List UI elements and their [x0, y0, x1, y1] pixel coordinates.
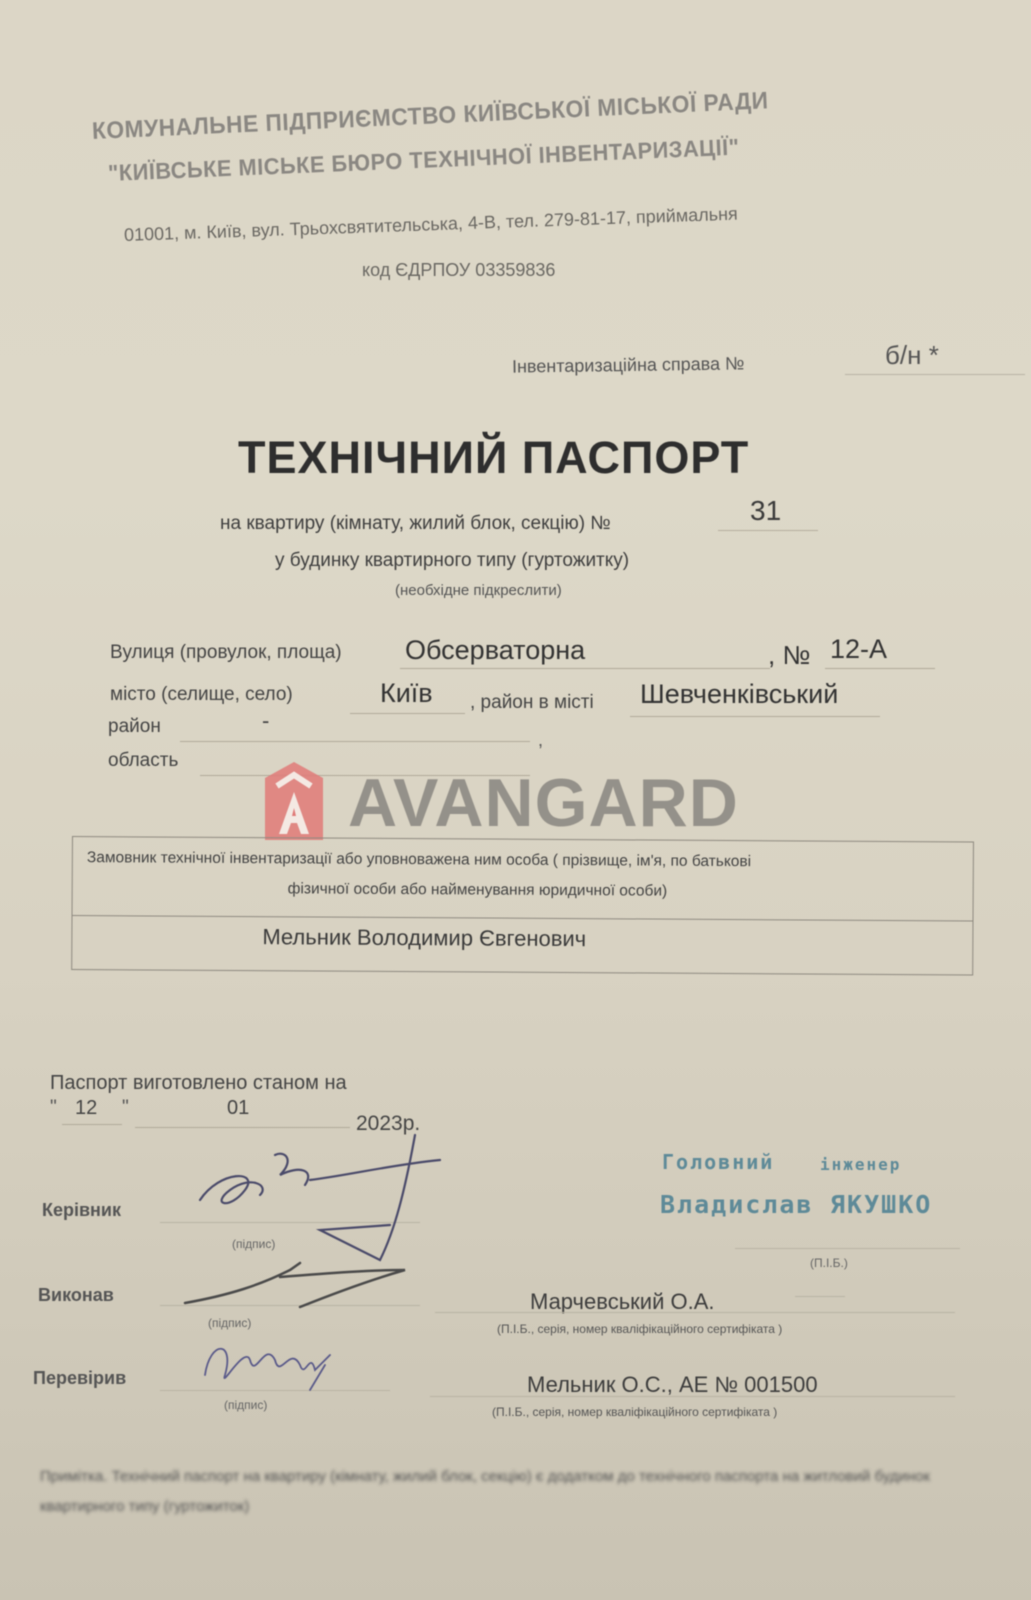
executor-name-underline	[435, 1312, 955, 1313]
edrpou-code: код ЄДРПОУ 03359836	[362, 260, 555, 281]
customer-label-line1: Замовник технічної інвентаризації або уп…	[87, 849, 751, 871]
subtitle-building-type: у будинку квартирного типу (гуртожитку)	[275, 550, 629, 572]
prepared-quote-close: "	[122, 1097, 129, 1119]
footnote: Примітка. Технічний паспорт на квартиру …	[40, 1462, 970, 1522]
document-page: КОМУНАЛЬНЕ ПІДПРИЄМСТВО КИЇВСЬКОЇ МІСЬКО…	[0, 0, 1031, 1600]
organization-name-line2: "КИЇВСЬКЕ МІСЬКЕ БЮРО ТЕХНІЧНОЇ ІНВЕНТАР…	[107, 134, 740, 187]
street-value: Обсерваторна	[405, 635, 585, 666]
house-number-label: , №	[768, 640, 810, 671]
checker-signature-icon	[195, 1330, 345, 1405]
city-value: Київ	[380, 678, 433, 709]
stamp-title-2: інженер	[820, 1155, 901, 1174]
executor-label: Виконав	[38, 1285, 114, 1306]
prepared-day: 12	[75, 1097, 97, 1120]
executor-name-dash	[795, 1296, 845, 1297]
customer-label-line2: фізичної особи або найменування юридично…	[288, 880, 668, 900]
inventory-case-label: Інвентаризаційна справа №	[512, 353, 745, 377]
prepared-quote-open: "	[50, 1097, 57, 1119]
head-signature-icon	[190, 1130, 450, 1270]
city-district-value: Шевченківський	[640, 679, 838, 710]
prepared-day-underline	[62, 1124, 122, 1125]
district-value: -	[262, 708, 269, 734]
city-district-underline	[630, 716, 880, 717]
checker-name-underline	[430, 1396, 955, 1397]
document-title: ТЕХНІЧНИЙ ПАСПОРТ	[238, 432, 749, 484]
apartment-number: 31	[750, 495, 781, 527]
stamp-name-2: ЯКУШКО	[830, 1190, 932, 1219]
city-label: місто (селище, село)	[110, 684, 293, 706]
checker-caption: (П.І.Б., серія, номер кваліфікаційного с…	[492, 1405, 777, 1419]
avangard-logo-icon	[263, 760, 325, 842]
inventory-case-value: б/н *	[885, 340, 939, 371]
prepared-label: Паспорт виготовлено станом на	[50, 1072, 347, 1095]
pib-hint: (П.І.Б.)	[810, 1256, 848, 1270]
district-label: район	[108, 716, 161, 738]
region-label: область	[108, 750, 178, 772]
customer-name: Мельник Володимир Євгенович	[262, 924, 586, 952]
prepared-month-underline	[135, 1127, 350, 1128]
city-underline	[350, 713, 465, 714]
stamp-name-1: Владислав	[660, 1190, 813, 1219]
city-district-label: , район в місті	[470, 692, 594, 714]
inventory-case-underline	[845, 374, 1025, 375]
customer-box: Замовник технічної інвентаризації або уп…	[71, 836, 974, 976]
district-comma: ,	[538, 730, 543, 751]
head-label: Керівник	[42, 1200, 121, 1221]
checker-name: Мельник О.С., АЕ № 001500	[527, 1372, 818, 1398]
house-number-underline	[825, 668, 935, 669]
stamp-title-1: Головний	[662, 1150, 774, 1174]
apartment-number-underline	[718, 530, 818, 531]
pib-underline	[735, 1248, 960, 1249]
prepared-month: 01	[227, 1097, 249, 1120]
house-number-value: 12-А	[830, 634, 887, 665]
checker-label: Перевірив	[33, 1368, 126, 1389]
district-underline	[180, 741, 530, 742]
subtitle-hint: (необхідне підкреслити)	[395, 582, 562, 599]
organization-address: 01001, м. Київ, вул. Трьохсвятительська,…	[124, 204, 738, 246]
watermark-brand: AVANGARD	[348, 764, 739, 842]
street-label: Вулиця (провулок, площа)	[110, 642, 342, 664]
executor-caption: (П.І.Б., серія, номер кваліфікаційного с…	[497, 1322, 782, 1336]
street-underline	[400, 668, 770, 669]
customer-box-divider	[73, 915, 973, 921]
subtitle-apartment: на квартиру (кімнату, жилий блок, секцію…	[220, 513, 611, 535]
executor-signature-hint: (підпис)	[208, 1316, 251, 1330]
executor-signature-icon	[180, 1255, 420, 1315]
